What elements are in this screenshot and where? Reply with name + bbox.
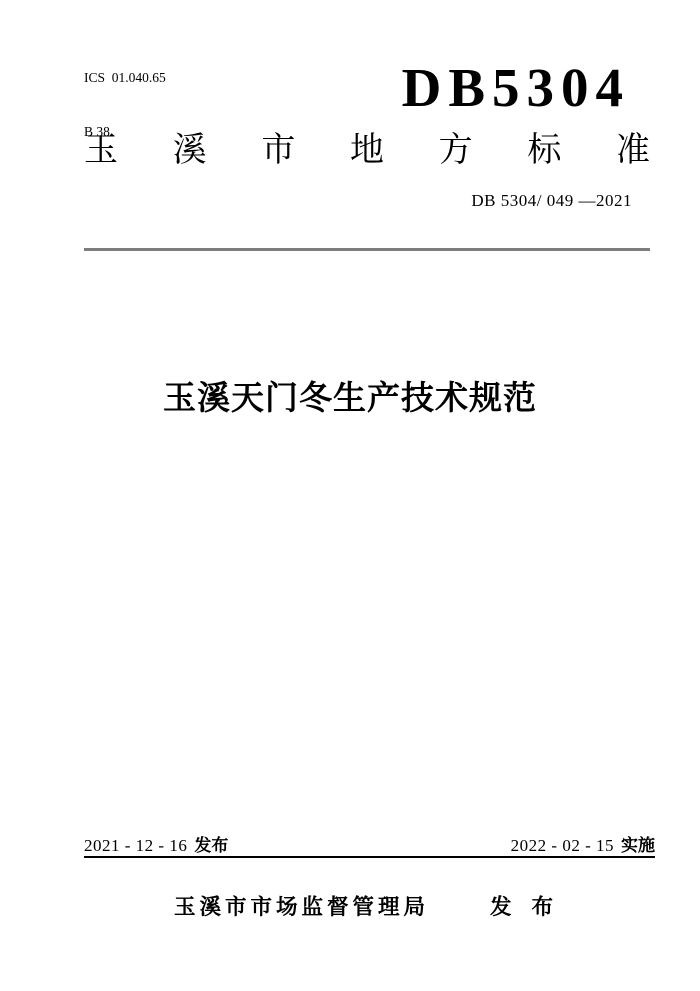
implementation-date: 2022 - 02 - 15: [511, 836, 614, 855]
standard-type-title: 玉 溪 市 地 方 标 准: [84, 133, 650, 167]
document-number: DB 5304/ 049 —2021: [471, 191, 632, 211]
footer-divider-line: [84, 856, 655, 858]
publish-label: 发 布: [490, 895, 555, 921]
dates-row: 2021 - 12 - 16发布 2022 - 02 - 15实施: [84, 836, 655, 856]
implementation-label: 实施: [621, 836, 655, 855]
publisher-name: 玉溪市市场监督管理局: [174, 895, 429, 921]
standard-cover-page: ICS 01.040.65 B 38 DB5304 玉 溪 市 地 方 标 准 …: [0, 0, 700, 991]
implementation-date-group: 2022 - 02 - 15实施: [511, 836, 655, 856]
issue-label: 发布: [194, 836, 228, 855]
standard-code-logo: DB5304: [402, 60, 630, 115]
ics-code: ICS 01.040.65: [84, 69, 166, 87]
issue-date-group: 2021 - 12 - 16发布: [84, 836, 228, 856]
document-title: 玉溪天门冬生产技术规范: [0, 378, 700, 418]
header-divider-line: [84, 248, 650, 251]
issue-date: 2021 - 12 - 16: [84, 836, 187, 855]
